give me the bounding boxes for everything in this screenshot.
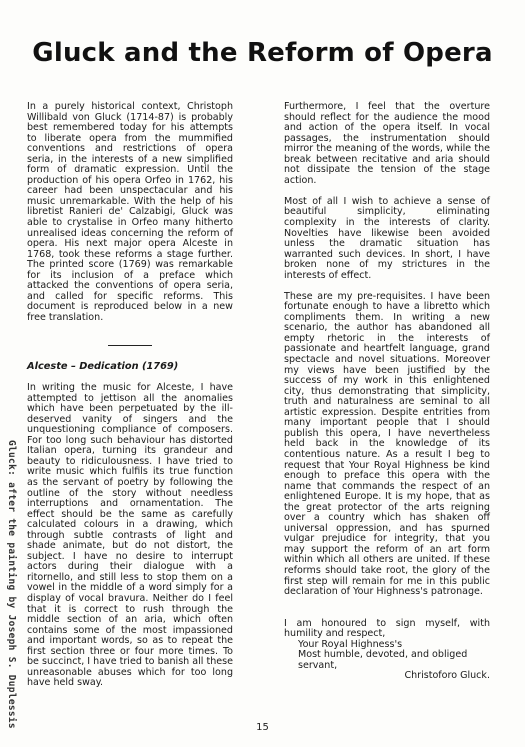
section-divider	[108, 345, 152, 346]
left-column: In a purely historical context, Christop…	[27, 102, 233, 689]
page-number: 15	[0, 722, 525, 733]
page-title: Gluck and the Reform of Opera	[0, 38, 525, 68]
side-caption: Gluck: after the painting by Joseph S. D…	[1, 440, 17, 740]
dedication-heading: Alceste – Dedication (1769)	[27, 362, 233, 373]
intro-paragraph: In a purely historical context, Christop…	[27, 102, 233, 323]
dedication-paragraph-2: Furthermore, I feel that the overture sh…	[284, 102, 490, 186]
signature: Christoforo Gluck.	[284, 671, 490, 682]
right-column: Furthermore, I feel that the overture sh…	[284, 102, 490, 682]
dedication-paragraph-1: In writing the music for Alceste, I have…	[27, 383, 233, 689]
closing-text: I am honoured to sign myself, with humil…	[284, 619, 490, 640]
dedication-paragraph-3: Most of all I wish to achieve a sense of…	[284, 197, 490, 281]
dedication-paragraph-4: These are my pre-requisites. I have been…	[284, 292, 490, 598]
closing-line-2: Most humble, devoted, and obliged servan…	[284, 650, 490, 671]
